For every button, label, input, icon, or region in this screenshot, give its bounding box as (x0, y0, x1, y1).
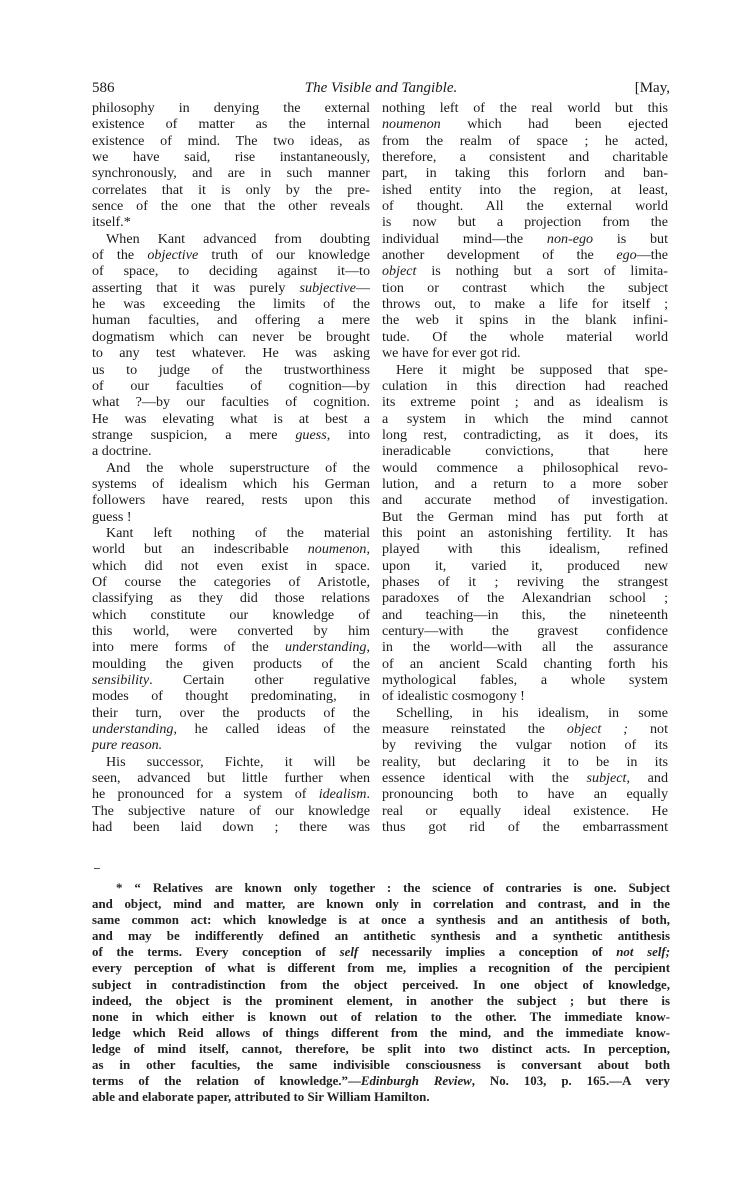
text-fragment: . Certain other regulative (149, 672, 370, 688)
italic-text: sensibility (92, 672, 149, 688)
text-fragment: of the (92, 247, 147, 263)
text-line: able and elaborate paper, attributed to … (92, 1089, 670, 1105)
text-line: and object, mind and matter, are known o… (92, 896, 670, 912)
text-line: strange suspicion, a mere guess, into (92, 427, 370, 443)
text-line: object is nothing but a sort of limita- (382, 263, 668, 279)
text-fragment: , No. 103, p. 165.—A very (472, 1074, 670, 1088)
text-line: Of course the categories of Aristotle, (92, 574, 370, 590)
running-head: 586 The Visible and Tangible. [May, (92, 79, 670, 99)
text-line: by reviving the vulgar notion of its (382, 737, 668, 753)
text-line: thus got rid of the embarrassment (382, 819, 668, 835)
italic-text: ego (616, 247, 636, 263)
text-line: of the terms. Every conception of self n… (92, 944, 670, 960)
text-line: culation in this direction had reached (382, 378, 668, 394)
text-fragment: asserting that it was purely (92, 280, 300, 296)
text-line: tion or contrast which the subject (382, 280, 668, 296)
text-fragment: is but (593, 231, 668, 247)
text-fragment: is nothing but a sort of limita- (416, 263, 668, 279)
text-line: would commence a philosophical revo- (382, 460, 668, 476)
text-line: Schelling, in his idealism, in some (382, 705, 668, 721)
text-line: lution, and a return to a more sober (382, 476, 668, 492)
text-line: ledge which Reid allows of things differ… (92, 1025, 670, 1041)
text-line: played with this idealism, refined (382, 541, 668, 557)
text-line: existence of matter as the internal (92, 116, 370, 132)
text-fragment: , into (327, 427, 370, 443)
text-line: us to judge of the trustworthiness (92, 362, 370, 378)
text-line: of an ancient Scald chanting forth his (382, 656, 668, 672)
text-line: had been laid down ; there was (92, 819, 370, 835)
text-line: of idealistic cosmogony ! (382, 688, 668, 704)
text-line: synchronously, and are in such manner (92, 165, 370, 181)
text-fragment: which had been ejected (441, 116, 668, 132)
italic-text: guess (295, 427, 326, 443)
text-line: ledge of mind itself, cannot, therefore,… (92, 1041, 670, 1057)
left-column: philosophy in denying the externalexiste… (92, 100, 370, 835)
text-line: And the whole superstructure of the (92, 460, 370, 476)
text-line: He was elevating what is at best a (92, 411, 370, 427)
text-line: of the objective truth of our knowledge (92, 247, 370, 263)
italic-text: noumenon (308, 541, 367, 557)
text-line: upon it, varied it, produced new (382, 558, 668, 574)
italic-text: idealism (319, 786, 367, 802)
text-line: century—with the gravest confidence (382, 623, 668, 639)
text-line: Here it might be supposed that spe- (382, 362, 668, 378)
running-date: [May, (635, 79, 670, 97)
text-line: a system in which the mind cannot (382, 411, 668, 427)
text-fragment: — (356, 280, 370, 296)
text-line: he was exceeding the limits of the (92, 296, 370, 312)
text-line: we have said, rise instantaneously, (92, 149, 370, 165)
text-line: phases of it ; reviving the strangest (382, 574, 668, 590)
text-line: The subjective nature of our knowledge (92, 803, 370, 819)
text-line: real or equally ideal existence. He (382, 803, 668, 819)
book-page: 586 The Visible and Tangible. [May, phil… (0, 0, 750, 1180)
text-line: philosophy in denying the external (92, 100, 370, 116)
text-line: and may be indifferently defined an anti… (92, 928, 670, 944)
text-line: in the world—with all the assurance (382, 639, 668, 655)
text-line: guess ! (92, 509, 370, 525)
italic-text: noumenon (382, 116, 441, 132)
text-fragment: into mere forms of the (92, 639, 285, 655)
text-line: reality, but declaring it to be in its (382, 754, 668, 770)
text-line: mythological fables, a whole system (382, 672, 668, 688)
text-line: essence identical with the subject, and (382, 770, 668, 786)
text-line: throws out, to make a life for itself ; (382, 296, 668, 312)
text-line: of thought. All the external world (382, 198, 668, 214)
text-fragment: truth of our knowledge (198, 247, 370, 263)
text-line: its extreme point ; and as idealism is (382, 394, 668, 410)
text-line: Kant left nothing of the material (92, 525, 370, 541)
text-line: pronouncing both to have an equally (382, 786, 668, 802)
text-fragment: individual mind—the (382, 231, 547, 247)
text-line: therefore, a consistent and charitable (382, 149, 668, 165)
text-line: followers have reared, rests upon this (92, 492, 370, 508)
text-line: ished entity into the region, at least, (382, 182, 668, 198)
text-line: which did not even exist in space. (92, 558, 370, 574)
text-line: tude. Of the whole material world (382, 329, 668, 345)
italic-text: non-ego (547, 231, 593, 247)
text-line: from the realm of space ; he acted, (382, 133, 668, 149)
text-line: When Kant advanced from doubting (92, 231, 370, 247)
italic-text: object (382, 263, 416, 279)
text-line: sence of the one that the other reveals (92, 198, 370, 214)
text-line: noumenon which had been ejected (382, 116, 668, 132)
text-line: this point an astonishing fertility. It … (382, 525, 668, 541)
text-line: we have for ever got rid. (382, 345, 668, 361)
italic-text: understanding (285, 639, 366, 655)
text-line: what ?—by our faculties of cognition. (92, 394, 370, 410)
italic-text: Edinburgh Review (361, 1074, 472, 1088)
text-line: paradoxes of the Alexandrian school ; (382, 590, 668, 606)
text-line: His successor, Fichte, it will be (92, 754, 370, 770)
text-line: subject in contradistinction from the ob… (92, 977, 670, 993)
text-line: terms of the relation of knowledge.”—Edi… (92, 1073, 670, 1089)
text-line: as in other faculties, the same indivisi… (92, 1057, 670, 1073)
text-fragment: —the (637, 247, 668, 263)
text-line: of our faculties of cognition—by (92, 378, 370, 394)
text-fragment: , he called ideas of the (173, 721, 370, 737)
text-fragment: . (366, 786, 370, 802)
text-line: moulding the given products of the (92, 656, 370, 672)
text-fragment: another development of the (382, 247, 616, 263)
text-line: is now but a projection from the (382, 214, 668, 230)
italic-text: object ; (567, 721, 628, 737)
text-line: ineradicable convictions, that here (382, 443, 668, 459)
italic-text: self (340, 945, 359, 959)
text-line: none in which either is known out of rel… (92, 1009, 670, 1025)
text-line: same common act: which knowledge is at o… (92, 912, 670, 928)
text-fragment: world but an indescribable (92, 541, 308, 557)
text-line: human faculties, and offering a mere (92, 312, 370, 328)
text-line: measure reinstated the object ; not (382, 721, 668, 737)
text-line: into mere forms of the understanding, (92, 639, 370, 655)
text-line: sensibility. Certain other regulative (92, 672, 370, 688)
text-line: asserting that it was purely subjective— (92, 280, 370, 296)
italic-text: not self; (616, 945, 670, 959)
text-line: a doctrine. (92, 443, 370, 459)
text-line: which constitute our knowledge of (92, 607, 370, 623)
text-fragment: , and (626, 770, 668, 786)
italic-text: objective (147, 247, 198, 263)
text-line: classifying as they did those relations (92, 590, 370, 606)
text-fragment: strange suspicion, a mere (92, 427, 295, 443)
text-line: * “ Relatives are known only together : … (92, 880, 670, 896)
text-fragment: not (628, 721, 668, 737)
text-fragment: he pronounced for a system of (92, 786, 319, 802)
right-column: nothing left of the real world but thisn… (382, 100, 668, 835)
text-line: their turn, over the products of the (92, 705, 370, 721)
italic-text: subject (587, 770, 627, 786)
text-fragment: of the terms. Every conception of (92, 945, 340, 959)
text-line: indeed, the object is the prominent elem… (92, 993, 670, 1009)
text-line: another development of the ego—the (382, 247, 668, 263)
text-fragment: necessarily implies a conception of (358, 945, 616, 959)
running-title: The Visible and Tangible. (92, 79, 670, 97)
text-line: systems of idealism which his German (92, 476, 370, 492)
footnote: * “ Relatives are known only together : … (92, 880, 670, 1105)
text-fragment: terms of the relation of knowledge.”— (92, 1074, 361, 1088)
text-line: existence of mind. The two ideas, as (92, 133, 370, 149)
text-line: pure reason. (92, 737, 370, 753)
text-line: to any test whatever. He was asking (92, 345, 370, 361)
text-line: long rest, contradicting, as it does, it… (382, 427, 668, 443)
text-fragment: measure reinstated the (382, 721, 567, 737)
text-line: But the German mind has put forth at (382, 509, 668, 525)
text-line: nothing left of the real world but this (382, 100, 668, 116)
text-fragment: , (366, 541, 370, 557)
text-line: this world, were converted by him (92, 623, 370, 639)
text-line: understanding, he called ideas of the (92, 721, 370, 737)
footnote-separator (94, 868, 100, 869)
italic-text: subjective (300, 280, 356, 296)
text-line: modes of thought predominating, in (92, 688, 370, 704)
text-line: and teaching—in this, the nineteenth (382, 607, 668, 623)
text-line: of space, to deciding against it—to (92, 263, 370, 279)
text-fragment: , (366, 639, 370, 655)
text-line: world but an indescribable noumenon, (92, 541, 370, 557)
italic-text: pure reason. (92, 737, 162, 753)
italic-text: understanding (92, 721, 173, 737)
text-line: part, in taking this forlorn and ban- (382, 165, 668, 181)
text-line: he pronounced for a system of idealism. (92, 786, 370, 802)
text-line: every perception of what is different fr… (92, 960, 670, 976)
text-line: correlates that it is only by the pre- (92, 182, 370, 198)
text-line: and accurate method of investigation. (382, 492, 668, 508)
text-line: individual mind—the non-ego is but (382, 231, 668, 247)
text-line: seen, advanced but little further when (92, 770, 370, 786)
text-line: dogmatism which can never be brought (92, 329, 370, 345)
text-fragment: essence identical with the (382, 770, 587, 786)
text-line: itself.* (92, 214, 370, 230)
text-line: the web it spins in the blank infini- (382, 312, 668, 328)
